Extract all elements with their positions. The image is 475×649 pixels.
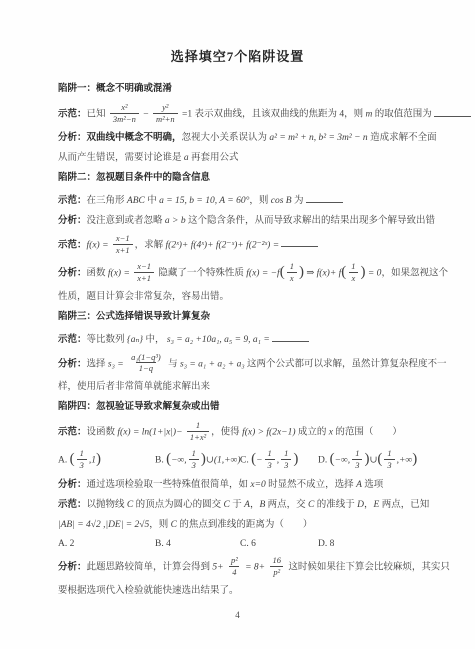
text-segment: − [256, 456, 262, 466]
text-segment: 示范： [58, 240, 87, 250]
option-item: B. (−∞,13)∪(1,+∞) [155, 450, 240, 471]
text-segment: ，则 [249, 196, 270, 206]
math-fraction: 11+x² [187, 421, 209, 442]
text-segment: f(x) = [108, 268, 132, 278]
text-segment: 函数 [87, 268, 108, 278]
text-segment: 为 [292, 196, 304, 206]
math-paren: ) [412, 451, 417, 467]
math-fraction: a₁(1−q³)1−q [128, 353, 164, 374]
text-segment: 示范： [58, 500, 87, 510]
text-segment: 这时候如果往下算会比较麻烦，其实只 [286, 563, 450, 573]
text-segment: 的范围（ ） [333, 428, 402, 438]
text-segment: 造成求解不全面 [368, 133, 437, 143]
section-heading: 陷阱一：概念不明确或混淆 [58, 83, 425, 96]
text-segment: 隐藏了一个特殊性质 [156, 268, 246, 278]
text-segment: 这两个公式都可以求解，虽然计算复杂程度不一 [245, 359, 447, 369]
option-item: D. (−∞,13)∪(13,+∞) [318, 450, 425, 471]
section-heading: 陷阱四：忽视验证导致求解复杂或出错 [58, 401, 425, 414]
text-segment: C. 6 [240, 539, 256, 549]
text-line: 分析：通过选项检验取一些特殊值很简单，如 x=0 时显然不成立，选择 A 选项 [58, 479, 425, 492]
text-segment: 时显然不成立，选择 [266, 480, 356, 490]
text-segment: B. [155, 456, 166, 466]
fraction-numerator: 1 [287, 262, 297, 272]
options-row: A. 2B. 4C. 6D. 8 [58, 539, 425, 549]
text-segment: 通过选项检验取一些特殊值很简单，如 [87, 480, 251, 490]
text-line: 从而产生错误，需要讨论谁是 a 再套用公式 [58, 152, 425, 165]
text-segment: 于 [230, 500, 244, 510]
fraction-denominator: x [349, 272, 359, 283]
text-segment: s₃ = a₁ + a₂ + a₃ [180, 359, 245, 369]
section-heading: 陷阱三：公式选择错误导致计算复杂 [58, 311, 425, 324]
text-segment: 再套用公式 [189, 153, 239, 163]
fraction-denominator: 3 [281, 459, 291, 470]
options-row: A. (13,1)B. (−∞,13)∪(1,+∞)C. (−13,13)D. … [58, 450, 425, 471]
fraction-numerator: 1 [265, 449, 275, 459]
math-paren: ) [293, 451, 298, 467]
text-segment: 以抛物线 [87, 500, 127, 510]
section-heading: 陷阱二：忽视题目条件中的隐含信息 [58, 172, 425, 185]
text-segment: ， [364, 500, 374, 510]
fraction-denominator: x [287, 272, 297, 283]
math-paren: ) [96, 451, 101, 467]
text-segment: 的准线于 [314, 500, 357, 510]
math-fraction: 13 [384, 449, 394, 470]
text-segment: 在三角形 [87, 196, 127, 206]
page-number: 4 [0, 610, 475, 620]
fraction-numerator: 1 [348, 262, 358, 272]
text-segment: s₃ = a₂ +10a₁, a₅ = 9, a₁ = [167, 335, 270, 345]
text-line: 分析：选择 s₃ = a₁(1−q³)1−q 与 s₃ = a₁ + a₂ + … [58, 354, 425, 375]
fraction-denominator: p² [270, 566, 283, 577]
text-segment: ，求解 [135, 240, 166, 250]
text-segment: f(x) = ln(1+|x|)− [117, 428, 184, 438]
math-paren: ( [330, 451, 335, 467]
text-segment: 两点，交 [265, 500, 308, 510]
text-segment: 的顶点为圆心的圆交 [133, 500, 223, 510]
text-line: 性质，题目计算会非常复杂，容易出错。 [58, 291, 425, 304]
text-segment: , [277, 456, 279, 466]
text-segment: 性质，题目计算会非常复杂，容易出错。 [58, 292, 229, 302]
text-segment: ,+∞ [397, 456, 413, 466]
text-segment: 的取值范围为 [372, 110, 431, 120]
text-segment: ⇒ f(x)+ f [304, 268, 341, 278]
math-fraction: 13 [265, 449, 275, 470]
math-fraction: x²3m²−n [110, 103, 139, 124]
text-segment: 分析： [58, 216, 87, 226]
fraction-denominator: 3 [384, 459, 394, 470]
answer-blank [272, 332, 309, 342]
math-paren: ) [299, 264, 304, 280]
math-fraction: 13 [352, 449, 362, 470]
text-line: 分析：双曲线中概念不明确，忽视大小关系误认为 a² = m² + n, b² =… [58, 132, 425, 145]
text-segment: f(x) = [87, 240, 111, 250]
text-line: 示范：等比数列 {aₙ} 中， s₃ = a₂ +10a₁, a₅ = 9, a… [58, 332, 425, 347]
text-segment: 示范： [58, 110, 87, 120]
text-segment: A. 2 [58, 539, 74, 549]
math-fraction: 13 [189, 449, 199, 470]
document-body: 陷阱一：概念不明确或混淆示范：已知 x²3m²−n − y²m²+n =1 表示… [0, 83, 475, 598]
text-segment: 陷阱四：忽视验证导致求解复杂或出错 [58, 402, 220, 412]
text-line: 样，使用后者非常简单就能求解出来 [58, 381, 425, 394]
text-segment: 没注意到或者忽略 [87, 216, 165, 226]
text-line: 示范：f(x) = x−1x+1，求解 f(2ˣ)+ f(4ˣ)+ f(2⁻ˣ)… [58, 235, 425, 256]
text-line: 分析：此题思路较简单，计算会得到 5+ p²4 = 8+ 16p² 这时候如果往… [58, 557, 425, 578]
math-paren: ( [70, 451, 75, 467]
fraction-numerator: 1 [281, 449, 291, 459]
text-segment: 此题思路较简单，计算会得到 [87, 563, 213, 573]
fraction-numerator: y² [159, 103, 171, 113]
text-segment: ，使得 [211, 428, 242, 438]
math-paren: ) [361, 264, 366, 280]
text-segment: {aₙ} [127, 335, 143, 345]
text-segment: 示范： [58, 335, 87, 345]
text-segment: 的焦点到准线的距离为（ ） [177, 520, 312, 530]
text-line: 分析：没注意到或者忽略 a > b 这个隐含条件，从而导致求解出的结果出现多个解… [58, 215, 425, 228]
math-paren: ) [201, 451, 206, 467]
fraction-numerator: x−1 [113, 234, 133, 244]
text-segment: a > b [165, 216, 186, 226]
fraction-numerator: 1 [352, 449, 362, 459]
fraction-numerator: 16 [269, 556, 284, 566]
text-segment: 选择 [87, 359, 108, 369]
text-segment: x=0 [250, 480, 265, 490]
fraction-numerator: a₁(1−q³) [128, 353, 164, 363]
fraction-numerator: 1 [384, 449, 394, 459]
text-segment: 从而产生错误，需要讨论谁是 [58, 153, 184, 163]
math-fraction: 13 [77, 449, 87, 470]
text-segment: 中， [143, 335, 167, 345]
text-segment: 与 [166, 359, 180, 369]
fraction-denominator: 3 [352, 459, 362, 470]
text-segment: 陷阱三：公式选择错误导致计算复杂 [58, 312, 210, 322]
text-segment: 示范： [58, 196, 87, 206]
math-fraction: 13 [281, 449, 291, 470]
math-paren: ( [251, 451, 256, 467]
option-item: B. 4 [155, 539, 240, 549]
math-fraction: x−1x+1 [113, 234, 133, 255]
text-segment: ，则 [149, 520, 170, 530]
answer-blank [434, 107, 471, 117]
option-item: D. 8 [318, 539, 425, 549]
text-segment: 中 [145, 196, 159, 206]
text-segment: −∞, [171, 456, 187, 466]
text-segment: 分析： [58, 563, 87, 573]
fraction-numerator: x−1 [134, 262, 154, 272]
answer-blank [281, 237, 318, 247]
math-fraction: y²m²+n [153, 103, 178, 124]
document-page: 选择填空7个陷阱设置 陷阱一：概念不明确或混淆示范：已知 x²3m²−n − y… [0, 0, 475, 649]
text-segment: f(2ˣ)+ f(4ˣ)+ f(2⁻ˣ)+ f(2⁻²ˣ) = [166, 240, 280, 250]
fraction-denominator: 3 [77, 459, 87, 470]
text-segment: − [141, 110, 151, 120]
fraction-denominator: m²+n [153, 113, 178, 124]
answer-blank [306, 193, 343, 203]
text-segment: 双曲线中概念不明确， [87, 133, 182, 143]
math-paren: ( [280, 264, 285, 280]
page-title: 选择填空7个陷阱设置 [0, 46, 475, 65]
math-fraction: 16p² [269, 556, 284, 577]
text-segment: 示范： [58, 428, 87, 438]
text-line: 分析：函数 f(x) = x−1x+1 隐藏了一个特殊性质 f(x) = −f(… [58, 263, 425, 284]
fraction-denominator: 3 [265, 459, 275, 470]
text-segment: ，如果忽视这个 [381, 268, 448, 278]
math-fraction: 1x [287, 262, 297, 283]
fraction-denominator: 4 [229, 566, 239, 577]
text-segment: = 8+ [243, 563, 268, 573]
text-segment: A. [58, 456, 70, 466]
text-segment: 忽视大小关系误认为 [182, 133, 270, 143]
text-segment: a = 15, b = 10, A = 60° [159, 196, 249, 206]
text-segment: D [357, 500, 364, 510]
text-segment: 陷阱一：概念不明确或混淆 [58, 84, 172, 94]
text-segment: 要根据选项代入检验就能快速选出结果了。 [58, 586, 239, 596]
text-segment: 5+ [212, 563, 226, 573]
math-fraction: 1x [348, 262, 358, 283]
math-fraction: p²4 [228, 556, 241, 577]
fraction-numerator: 1 [189, 449, 199, 459]
text-segment: 成立的 [296, 428, 329, 438]
fraction-denominator: 3m²−n [110, 113, 139, 124]
text-segment: −∞, [335, 456, 351, 466]
text-segment: ∪(1,+∞) [206, 456, 241, 466]
text-segment: D. 8 [318, 539, 334, 549]
text-segment: 设函数 [87, 428, 118, 438]
text-line: 示范：在三角形 ABC 中 a = 15, b = 10, A = 60°，则 … [58, 193, 425, 208]
text-segment: B. 4 [155, 539, 171, 549]
text-line: 示范：设函数 f(x) = ln(1+|x|)− 11+x²，使得 f(x) >… [58, 422, 425, 443]
text-segment: s₃ = [108, 359, 126, 369]
math-paren: ( [341, 264, 346, 280]
text-segment: |AB| = 4√2 ,|DE| = 2√5 [58, 520, 149, 530]
text-segment: 样，使用后者非常简单就能求解出来 [58, 382, 210, 392]
math-fraction: x−1x+1 [134, 262, 154, 283]
text-segment: 两点，已知 [379, 500, 429, 510]
text-segment: 分析： [58, 359, 87, 369]
text-segment: 分析： [58, 133, 87, 143]
text-line: |AB| = 4√2 ,|DE| = 2√5，则 C 的焦点到准线的距离为（ ） [58, 519, 425, 532]
text-segment: ABC [127, 196, 145, 206]
math-paren: ) [364, 451, 369, 467]
text-segment: 陷阱二：忽视题目条件中的隐含信息 [58, 173, 210, 183]
text-segment: D. [318, 456, 330, 466]
text-segment: =1 表示双曲线，且该双曲线的焦距为 4，则 [180, 110, 366, 120]
text-segment: 分析： [58, 268, 87, 278]
fraction-denominator: 1+x² [187, 431, 209, 442]
text-segment: 分析： [58, 480, 87, 490]
math-paren: ( [166, 451, 171, 467]
text-segment: 已知 [87, 110, 108, 120]
text-segment: ,1 [89, 456, 96, 466]
text-segment: cos B [271, 196, 292, 206]
fraction-numerator: 1 [77, 449, 87, 459]
text-segment: f(x) > f(2x−1) [242, 428, 295, 438]
math-paren: ( [377, 451, 382, 467]
fraction-numerator: x² [118, 103, 130, 113]
text-segment: C. [240, 456, 251, 466]
option-item: C. (−13,13) [240, 450, 318, 471]
text-line: 示范：已知 x²3m²−n − y²m²+n =1 表示双曲线，且该双曲线的焦距… [58, 104, 425, 125]
option-item: A. 2 [58, 539, 155, 549]
text-segment: a² = m² + n, b² = 3m² − n [269, 133, 367, 143]
text-segment: 等比数列 [87, 335, 127, 345]
fraction-denominator: x+1 [134, 272, 154, 283]
option-item: A. (13,1) [58, 450, 155, 471]
text-segment: = 0 [366, 268, 382, 278]
text-segment: f(x) = −f [246, 268, 279, 278]
text-line: 示范：以抛物线 C 的顶点为圆心的圆交 C 于 A，B 两点，交 C 的准线于 … [58, 499, 425, 512]
text-line: 要根据选项代入检验就能快速选出结果了。 [58, 585, 425, 598]
fraction-numerator: p² [228, 556, 241, 566]
fraction-numerator: 1 [193, 421, 203, 431]
fraction-denominator: 1−q [136, 362, 156, 373]
fraction-denominator: x+1 [113, 244, 133, 255]
option-item: C. 6 [240, 539, 318, 549]
fraction-denominator: 3 [189, 459, 199, 470]
text-segment: 选项 [362, 480, 383, 490]
text-segment: 这个隐含条件，从而导致求解出的结果出现多个解导致出错 [186, 216, 435, 226]
